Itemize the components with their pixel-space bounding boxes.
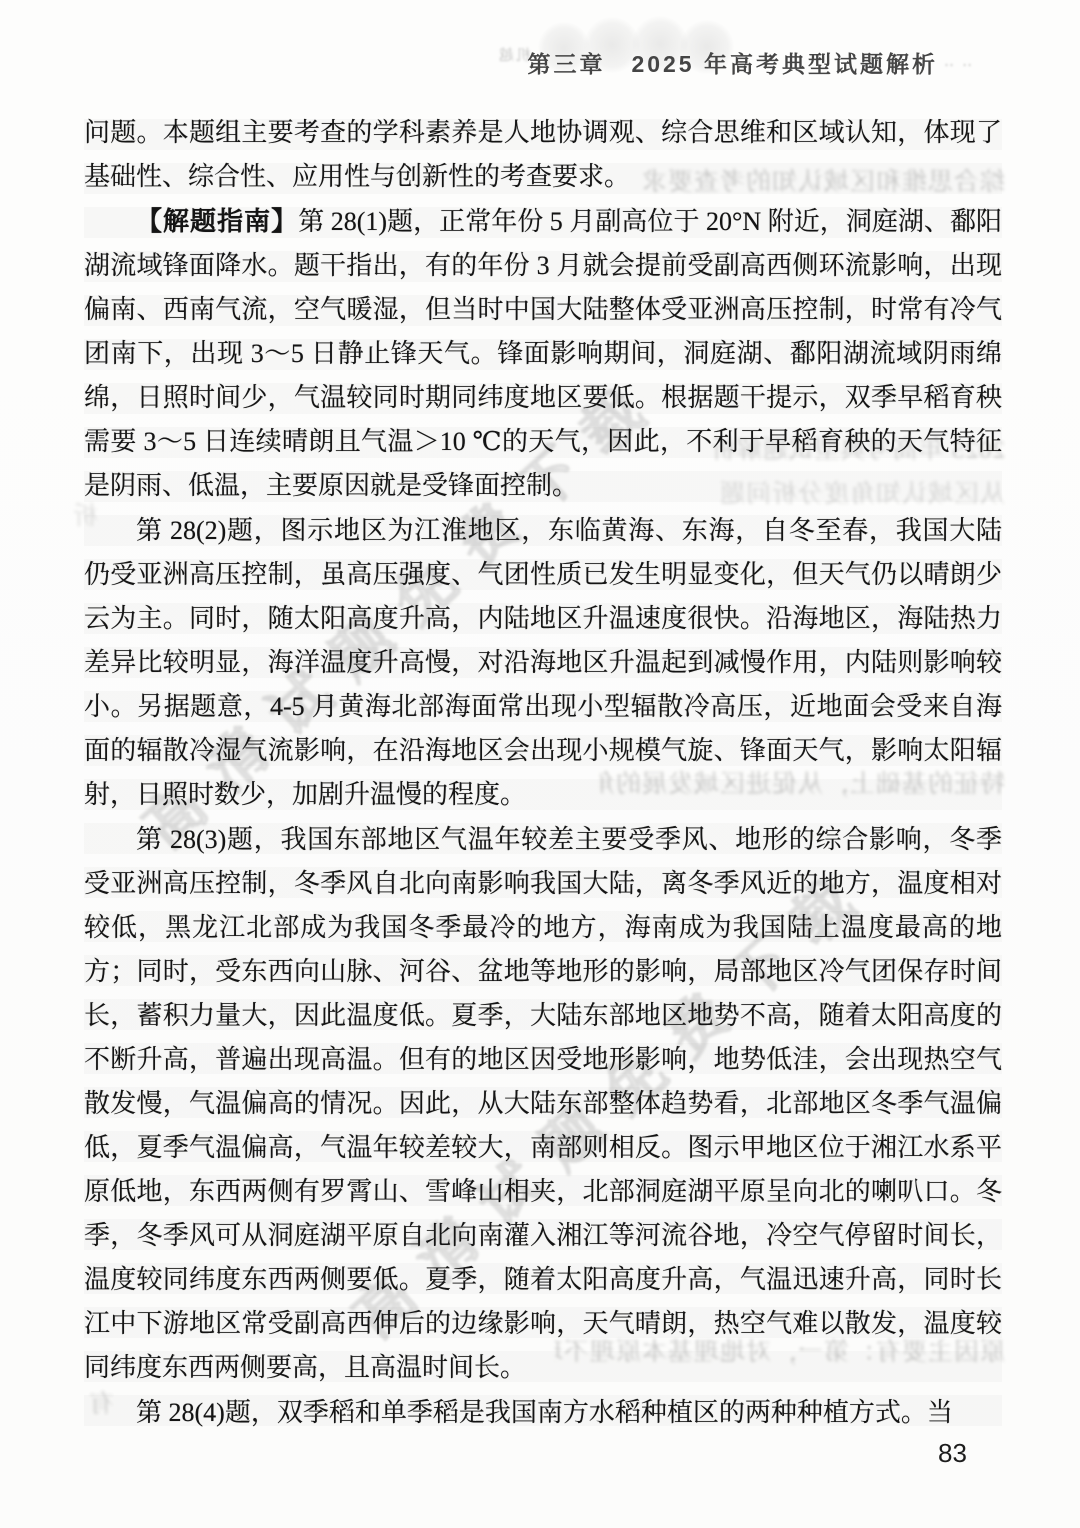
page-number: 83 bbox=[938, 1438, 967, 1469]
book-page: 机越 ‥ ‥ 高清试题免费下载 高清试题免费下载 综合思维和区域认知的考查要求 … bbox=[0, 0, 1080, 1528]
chapter-running-header: 第三章 2025 年高考典型试题解析 bbox=[527, 46, 938, 79]
body-text-block: 问题。本题组主要考查的学科素养是人地协调观、综合思维和区域认知，体现了基础性、综… bbox=[84, 110, 1002, 1435]
scan-smudge-mark: ‥ ‥ bbox=[944, 52, 974, 70]
paragraph-lead-bold: 【解题指南】 bbox=[136, 206, 298, 236]
paragraph-continuation: 问题。本题组主要考查的学科素养是人地协调观、综合思维和区域认知，体现了基础性、综… bbox=[84, 110, 1002, 199]
paragraph-text: 问题。本题组主要考查的学科素养是人地协调观、综合思维和区域认知，体现了基础性、综… bbox=[84, 118, 1002, 191]
paragraph-q28-3: 第 28(3)题，我国东部地区气温年较差主要受季风、地形的综合影响，冬季受亚洲高… bbox=[84, 817, 1002, 1390]
scan-smudge-mark: 机越 bbox=[497, 44, 531, 65]
paragraph-q28-2: 第 28(2)题，图示地区为江淮地区，东临黄海、东海，自冬至春，我国大陆仍受亚洲… bbox=[84, 508, 1002, 817]
paragraph-text: 第 28(1)题，正常年份 5 月副高位于 20°N 附近，洞庭湖、鄱阳湖流域锋… bbox=[84, 207, 1002, 500]
paragraph-q28-4: 第 28(4)题，双季稻和单季稻是我国南方水稻种植区的两种种植方式。当 bbox=[84, 1390, 1002, 1435]
paragraph-text: 第 28(3)题，我国东部地区气温年较差主要受季风、地形的综合影响，冬季受亚洲高… bbox=[84, 825, 1002, 1382]
paragraph-text: 第 28(4)题，双季稻和单季稻是我国南方水稻种植区的两种种植方式。当 bbox=[136, 1398, 953, 1427]
chapter-header-text: 第三章 2025 年高考典型试题解析 bbox=[527, 51, 938, 77]
paragraph-text: 第 28(2)题，图示地区为江淮地区，东临黄海、东海，自冬至春，我国大陆仍受亚洲… bbox=[84, 516, 1002, 809]
paragraph-jieti-zhinan: 【解题指南】第 28(1)题，正常年份 5 月副高位于 20°N 附近，洞庭湖、… bbox=[84, 199, 1002, 508]
